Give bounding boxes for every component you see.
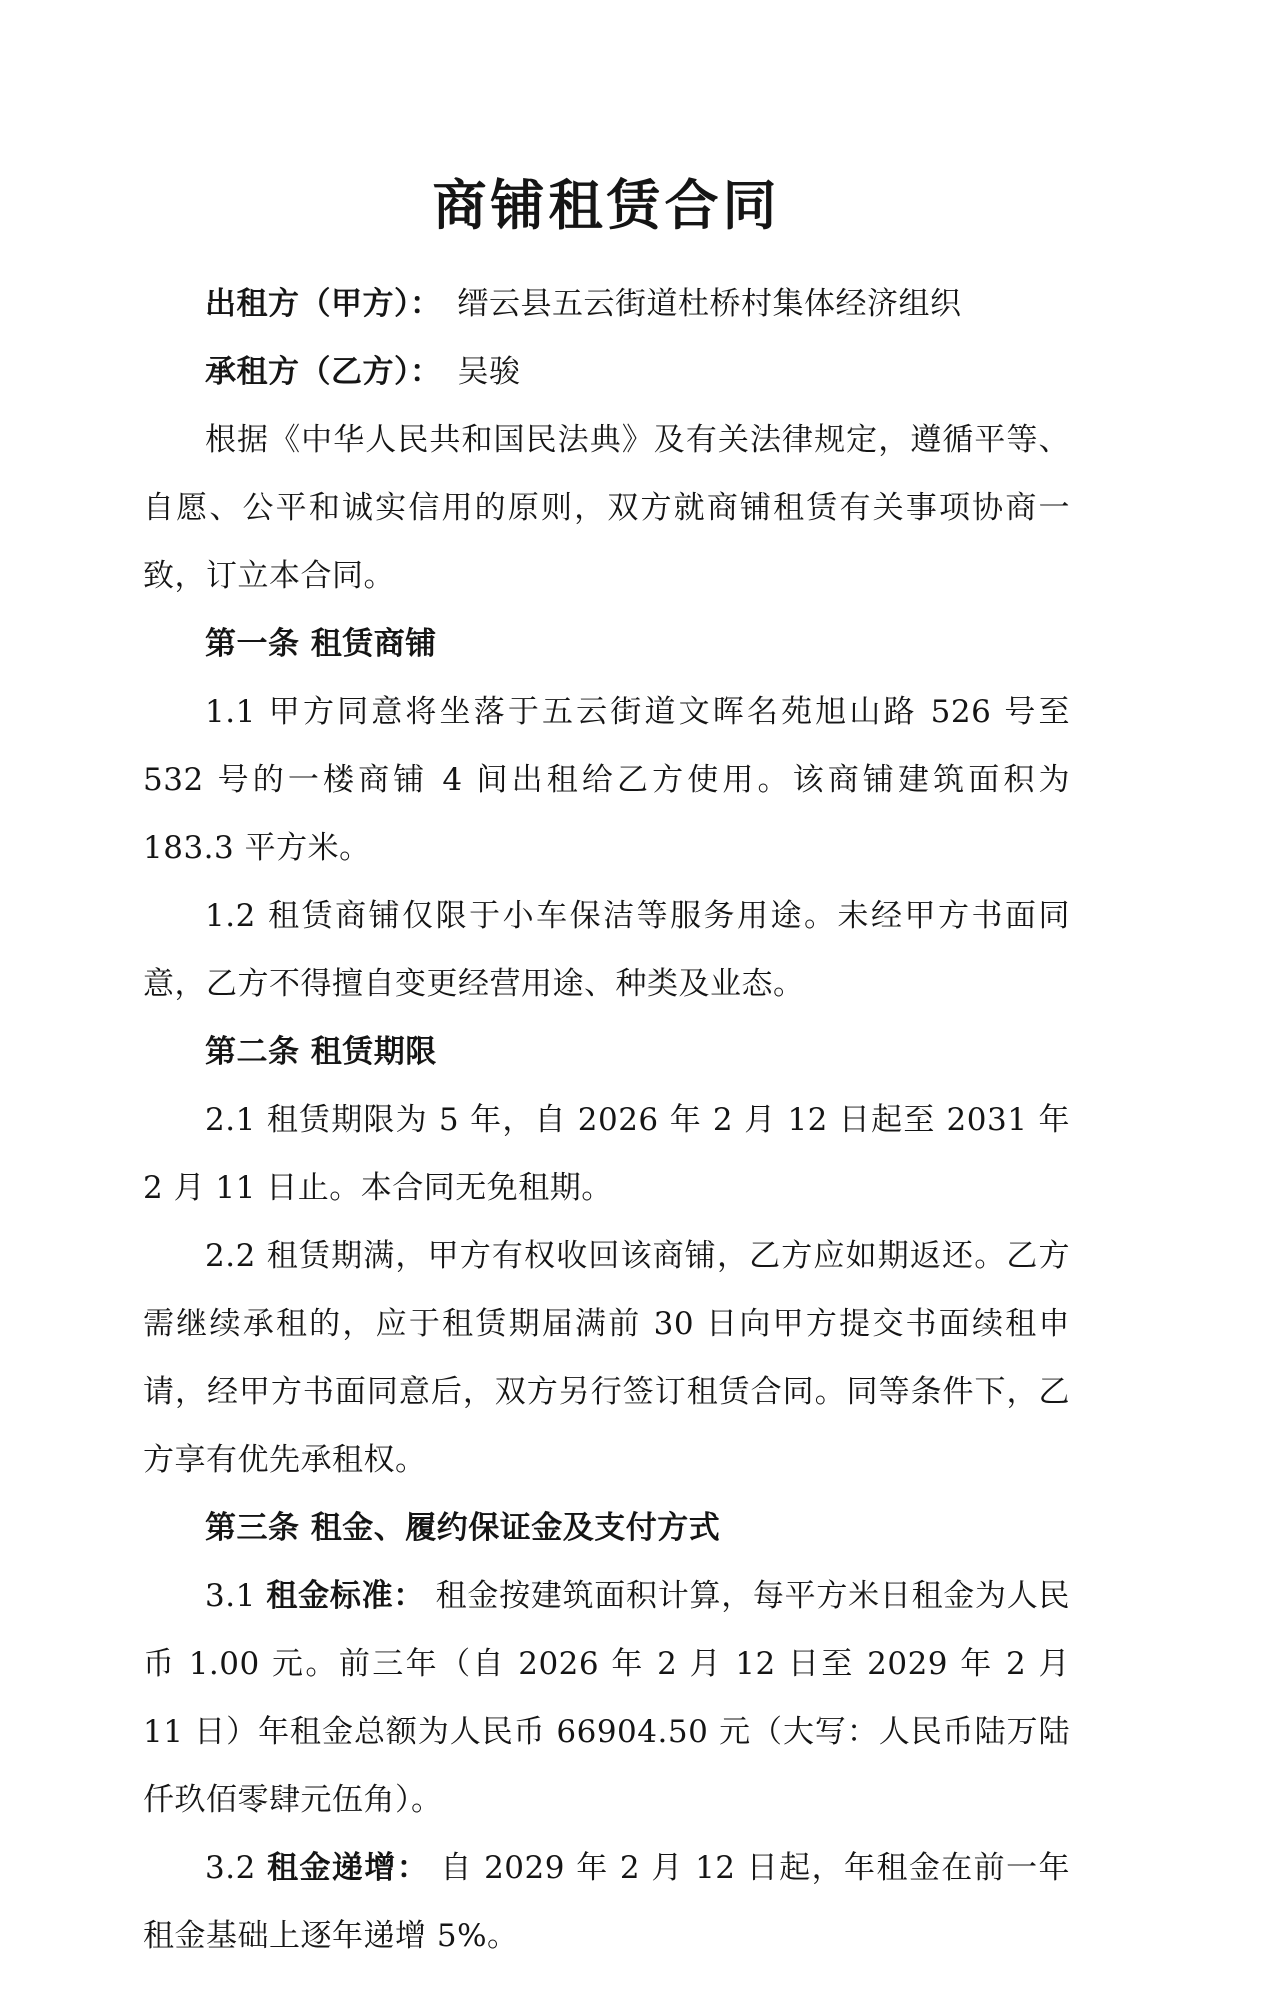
- contract-page: 商铺租赁合同出租方（甲方）： 缙云县五云街道杜桥村集体经济组织承租方（乙方）： …: [0, 0, 1280, 2016]
- text-run: 租金按建筑面积计算，每平方米日租金为人民币 1.00 元。前三年（自 2026 …: [143, 1578, 1070, 1818]
- bold-text-run: 第二条 租赁期限: [205, 1034, 437, 1070]
- clause-2-2: 2.2 租赁期满，甲方有权收回该商铺，乙方应如期返还。乙方需继续承租的，应于租赁…: [143, 1222, 1070, 1494]
- text-run: 2.2 租赁期满，甲方有权收回该商铺，乙方应如期返还。乙方需继续承租的，应于租赁…: [143, 1238, 1070, 1478]
- intro-paragraph: 根据《中华人民共和国民法典》及有关法律规定，遵循平等、自愿、公平和诚实信用的原则…: [143, 406, 1070, 610]
- bold-text-run: 第三条 租金、履约保证金及支付方式: [205, 1510, 720, 1546]
- lessee-line: 承租方（乙方）： 吴骏: [143, 338, 1070, 406]
- section-3-heading: 第三条 租金、履约保证金及支付方式: [143, 1494, 1070, 1562]
- clause-3-2: 3.2 租金递增： 自 2029 年 2 月 12 日起，年租金在前一年租金基础…: [143, 1834, 1070, 1970]
- text-run: 缙云县五云街道杜桥村集体经济组织: [426, 286, 962, 322]
- text-run: 3.1: [205, 1578, 266, 1614]
- contract-body: 商铺租赁合同出租方（甲方）： 缙云县五云街道杜桥村集体经济组织承租方（乙方）： …: [143, 0, 1070, 1970]
- clause-1-2: 1.2 租赁商铺仅限于小车保洁等服务用途。未经甲方书面同意，乙方不得擅自变更经营…: [143, 882, 1070, 1018]
- lessor-line: 出租方（甲方）： 缙云县五云街道杜桥村集体经济组织: [143, 270, 1070, 338]
- bold-text-run: 承租方（乙方）：: [205, 354, 426, 390]
- clause-2-1: 2.1 租赁期限为 5 年，自 2026 年 2 月 12 日起至 2031 年…: [143, 1086, 1070, 1222]
- bold-text-run: 第一条 租赁商铺: [205, 626, 437, 662]
- clause-3-1: 3.1 租金标准： 租金按建筑面积计算，每平方米日租金为人民币 1.00 元。前…: [143, 1562, 1070, 1834]
- text-run: 2.1 租赁期限为 5 年，自 2026 年 2 月 12 日起至 2031 年…: [143, 1102, 1070, 1206]
- clause-1-1: 1.1 甲方同意将坐落于五云街道文晖名苑旭山路 526 号至 532 号的一楼商…: [143, 678, 1070, 882]
- page-title: 商铺租赁合同: [143, 0, 1070, 244]
- section-2-heading: 第二条 租赁期限: [143, 1018, 1070, 1086]
- bold-text-run: 出租方（甲方）：: [205, 286, 426, 322]
- bold-text-run: 租金递增：: [267, 1850, 429, 1886]
- text-run: 1.2 租赁商铺仅限于小车保洁等服务用途。未经甲方书面同意，乙方不得擅自变更经营…: [143, 898, 1070, 1002]
- text-run: 吴骏: [426, 354, 521, 390]
- section-1-heading: 第一条 租赁商铺: [143, 610, 1070, 678]
- text-run: 1.1 甲方同意将坐落于五云街道文晖名苑旭山路 526 号至 532 号的一楼商…: [143, 694, 1070, 866]
- text-run: 根据《中华人民共和国民法典》及有关法律规定，遵循平等、自愿、公平和诚实信用的原则…: [143, 422, 1070, 594]
- bold-text-run: 商铺租赁合同: [433, 174, 781, 237]
- bold-text-run: 租金标准：: [266, 1578, 425, 1614]
- text-run: 3.2: [205, 1850, 267, 1886]
